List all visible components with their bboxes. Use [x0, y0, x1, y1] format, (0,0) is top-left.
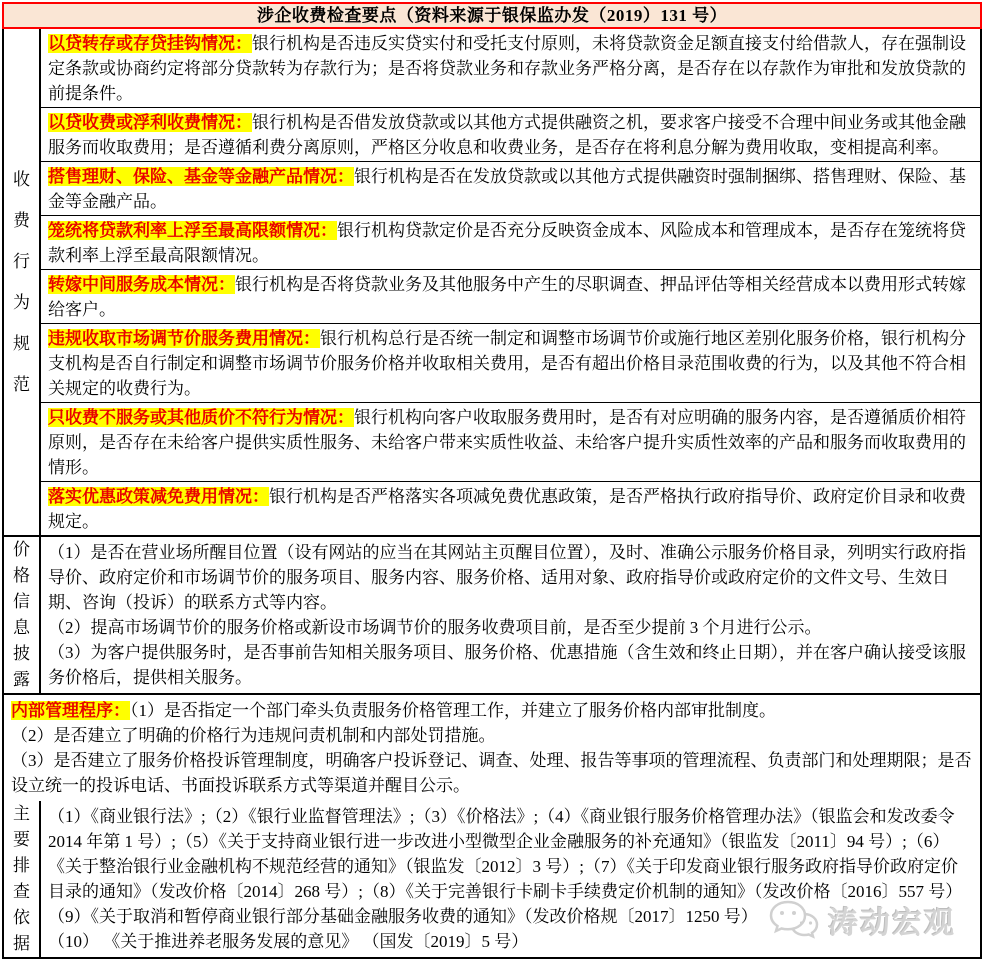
section-price-disclosure: 价格信息披露 （1）是否在营业场所醒目位置（设有网站的应当在其网站主页醒目位置）…	[4, 535, 980, 693]
fee-conduct-rows: 以贷转存或存贷挂钩情况：银行机构是否违反实贷实付和受托支付原则，未将贷款资金足额…	[41, 29, 980, 535]
section-header-label: 收费行为规范	[13, 159, 31, 405]
section-internal-management: 内部管理程序：（1）是否指定一个部门牵头负责服务价格管理工作，并建立了服务价格内…	[4, 693, 980, 801]
item-label-highlight: 笼统将贷款利率上浮至最高限额情况：	[48, 221, 337, 240]
section-fee-conduct: 收费行为规范 以贷转存或存贷挂钩情况：银行机构是否违反实贷实付和受托支付原则，未…	[4, 29, 980, 535]
item-label-highlight: 内部管理程序：	[11, 701, 130, 720]
inspection-item-row: 转嫁中间服务成本情况：银行机构是否将贷款业务及其他服务中产生的尽职调查、押品评估…	[41, 269, 980, 323]
paragraph: 内部管理程序：（1）是否指定一个部门牵头负责服务价格管理工作，并建立了服务价格内…	[11, 698, 974, 723]
paragraph: （2）提高市场调节价的服务价格或新设市场调节价的服务收费项目前，是否至少提前 3…	[48, 615, 974, 640]
document-page: 涉企收费检查要点（资料来源于银保监办发（2019）131 号） 收费行为规范 以…	[0, 0, 984, 959]
item-label-highlight: 搭售理财、保险、基金等金融产品情况：	[48, 167, 354, 186]
price-disclosure-cell: （1）是否在营业场所醒目位置（设有网站的应当在其网站主页醒目位置），及时、准确公…	[41, 537, 980, 693]
item-label-highlight: 以贷转存或存贷挂钩情况：	[48, 34, 252, 53]
document-title: 涉企收费检查要点（资料来源于银保监办发（2019）131 号）	[2, 2, 982, 29]
paragraph: （3）是否建立了服务价格投诉管理制度，明确客户投诉登记、调查、处理、报告等事项的…	[11, 748, 974, 798]
section-header-inspection-basis: 主要排查依据	[4, 801, 41, 957]
item-label-highlight: 违规收取市场调节价服务费用情况：	[48, 329, 320, 348]
item-text: （1）是否指定一个部门牵头负责服务价格管理工作，并建立了服务价格内部审批制度。	[130, 701, 776, 720]
item-label-highlight: 落实优惠政策减免费用情况：	[48, 487, 269, 506]
paragraph: （3）为客户提供服务时，是否事前告知相关服务项目、服务价格、优惠措施（含生效和终…	[48, 640, 974, 690]
inspection-item-row: 以贷转存或存贷挂钩情况：银行机构是否违反实贷实付和受托支付原则，未将贷款资金足额…	[41, 29, 980, 107]
inspection-item-row: 违规收取市场调节价服务费用情况：银行机构总行是否统一制定和调整市场调节价或施行地…	[41, 323, 980, 402]
inspection-item-row: 落实优惠政策减免费用情况：银行机构是否严格落实各项减免费优惠政策，是否严格执行政…	[41, 481, 980, 535]
section-inspection-basis: 主要排查依据 （1）《商业银行法》;（2）《银行业监督管理法》;（3）《价格法》…	[4, 801, 980, 957]
item-label-highlight: 转嫁中间服务成本情况：	[48, 275, 235, 294]
inspection-basis-cell: （1）《商业银行法》;（2）《银行业监督管理法》;（3）《价格法》;（4）《商业…	[41, 801, 980, 957]
inspection-item-row: 笼统将贷款利率上浮至最高限额情况：银行机构贷款定价是否充分反映资金成本、风险成本…	[41, 215, 980, 269]
paragraph: （9）《关于取消和暂停商业银行部分基础金融服务收费的通知》（发改价格规〔2017…	[48, 904, 974, 929]
inspection-table: 收费行为规范 以贷转存或存贷挂钩情况：银行机构是否违反实贷实付和受托支付原则，未…	[2, 29, 982, 959]
item-label-highlight: 只收费不服务或其他质价不符行为情况：	[48, 408, 354, 427]
inspection-item-row: 以贷收费或浮利收费情况：银行机构是否借发放贷款或以其他方式提供融资之机，要求客户…	[41, 107, 980, 161]
section-header-label: 主要排查依据	[13, 801, 31, 957]
item-label-highlight: 以贷收费或浮利收费情况：	[48, 113, 252, 132]
inspection-item-row: 搭售理财、保险、基金等金融产品情况：银行机构是否在发放贷款或以其他方式提供融资时…	[41, 161, 980, 215]
paragraph: （10） 《关于推进养老服务发展的意见》 （国发〔2019〕5 号）	[48, 929, 974, 954]
paragraph: （2）是否建立了明确的价格行为违规问责机制和内部处罚措施。	[11, 723, 974, 748]
section-header-price-disclosure: 价格信息披露	[4, 537, 41, 693]
inspection-item-row: 只收费不服务或其他质价不符行为情况：银行机构向客户收取服务费用时，是否有对应明确…	[41, 402, 980, 481]
section-header-label: 价格信息披露	[13, 537, 31, 693]
section-header-fee-conduct: 收费行为规范	[4, 29, 41, 535]
paragraph: （1）是否在营业场所醒目位置（设有网站的应当在其网站主页醒目位置），及时、准确公…	[48, 540, 974, 615]
paragraph: （1）《商业银行法》;（2）《银行业监督管理法》;（3）《价格法》;（4）《商业…	[48, 804, 974, 904]
